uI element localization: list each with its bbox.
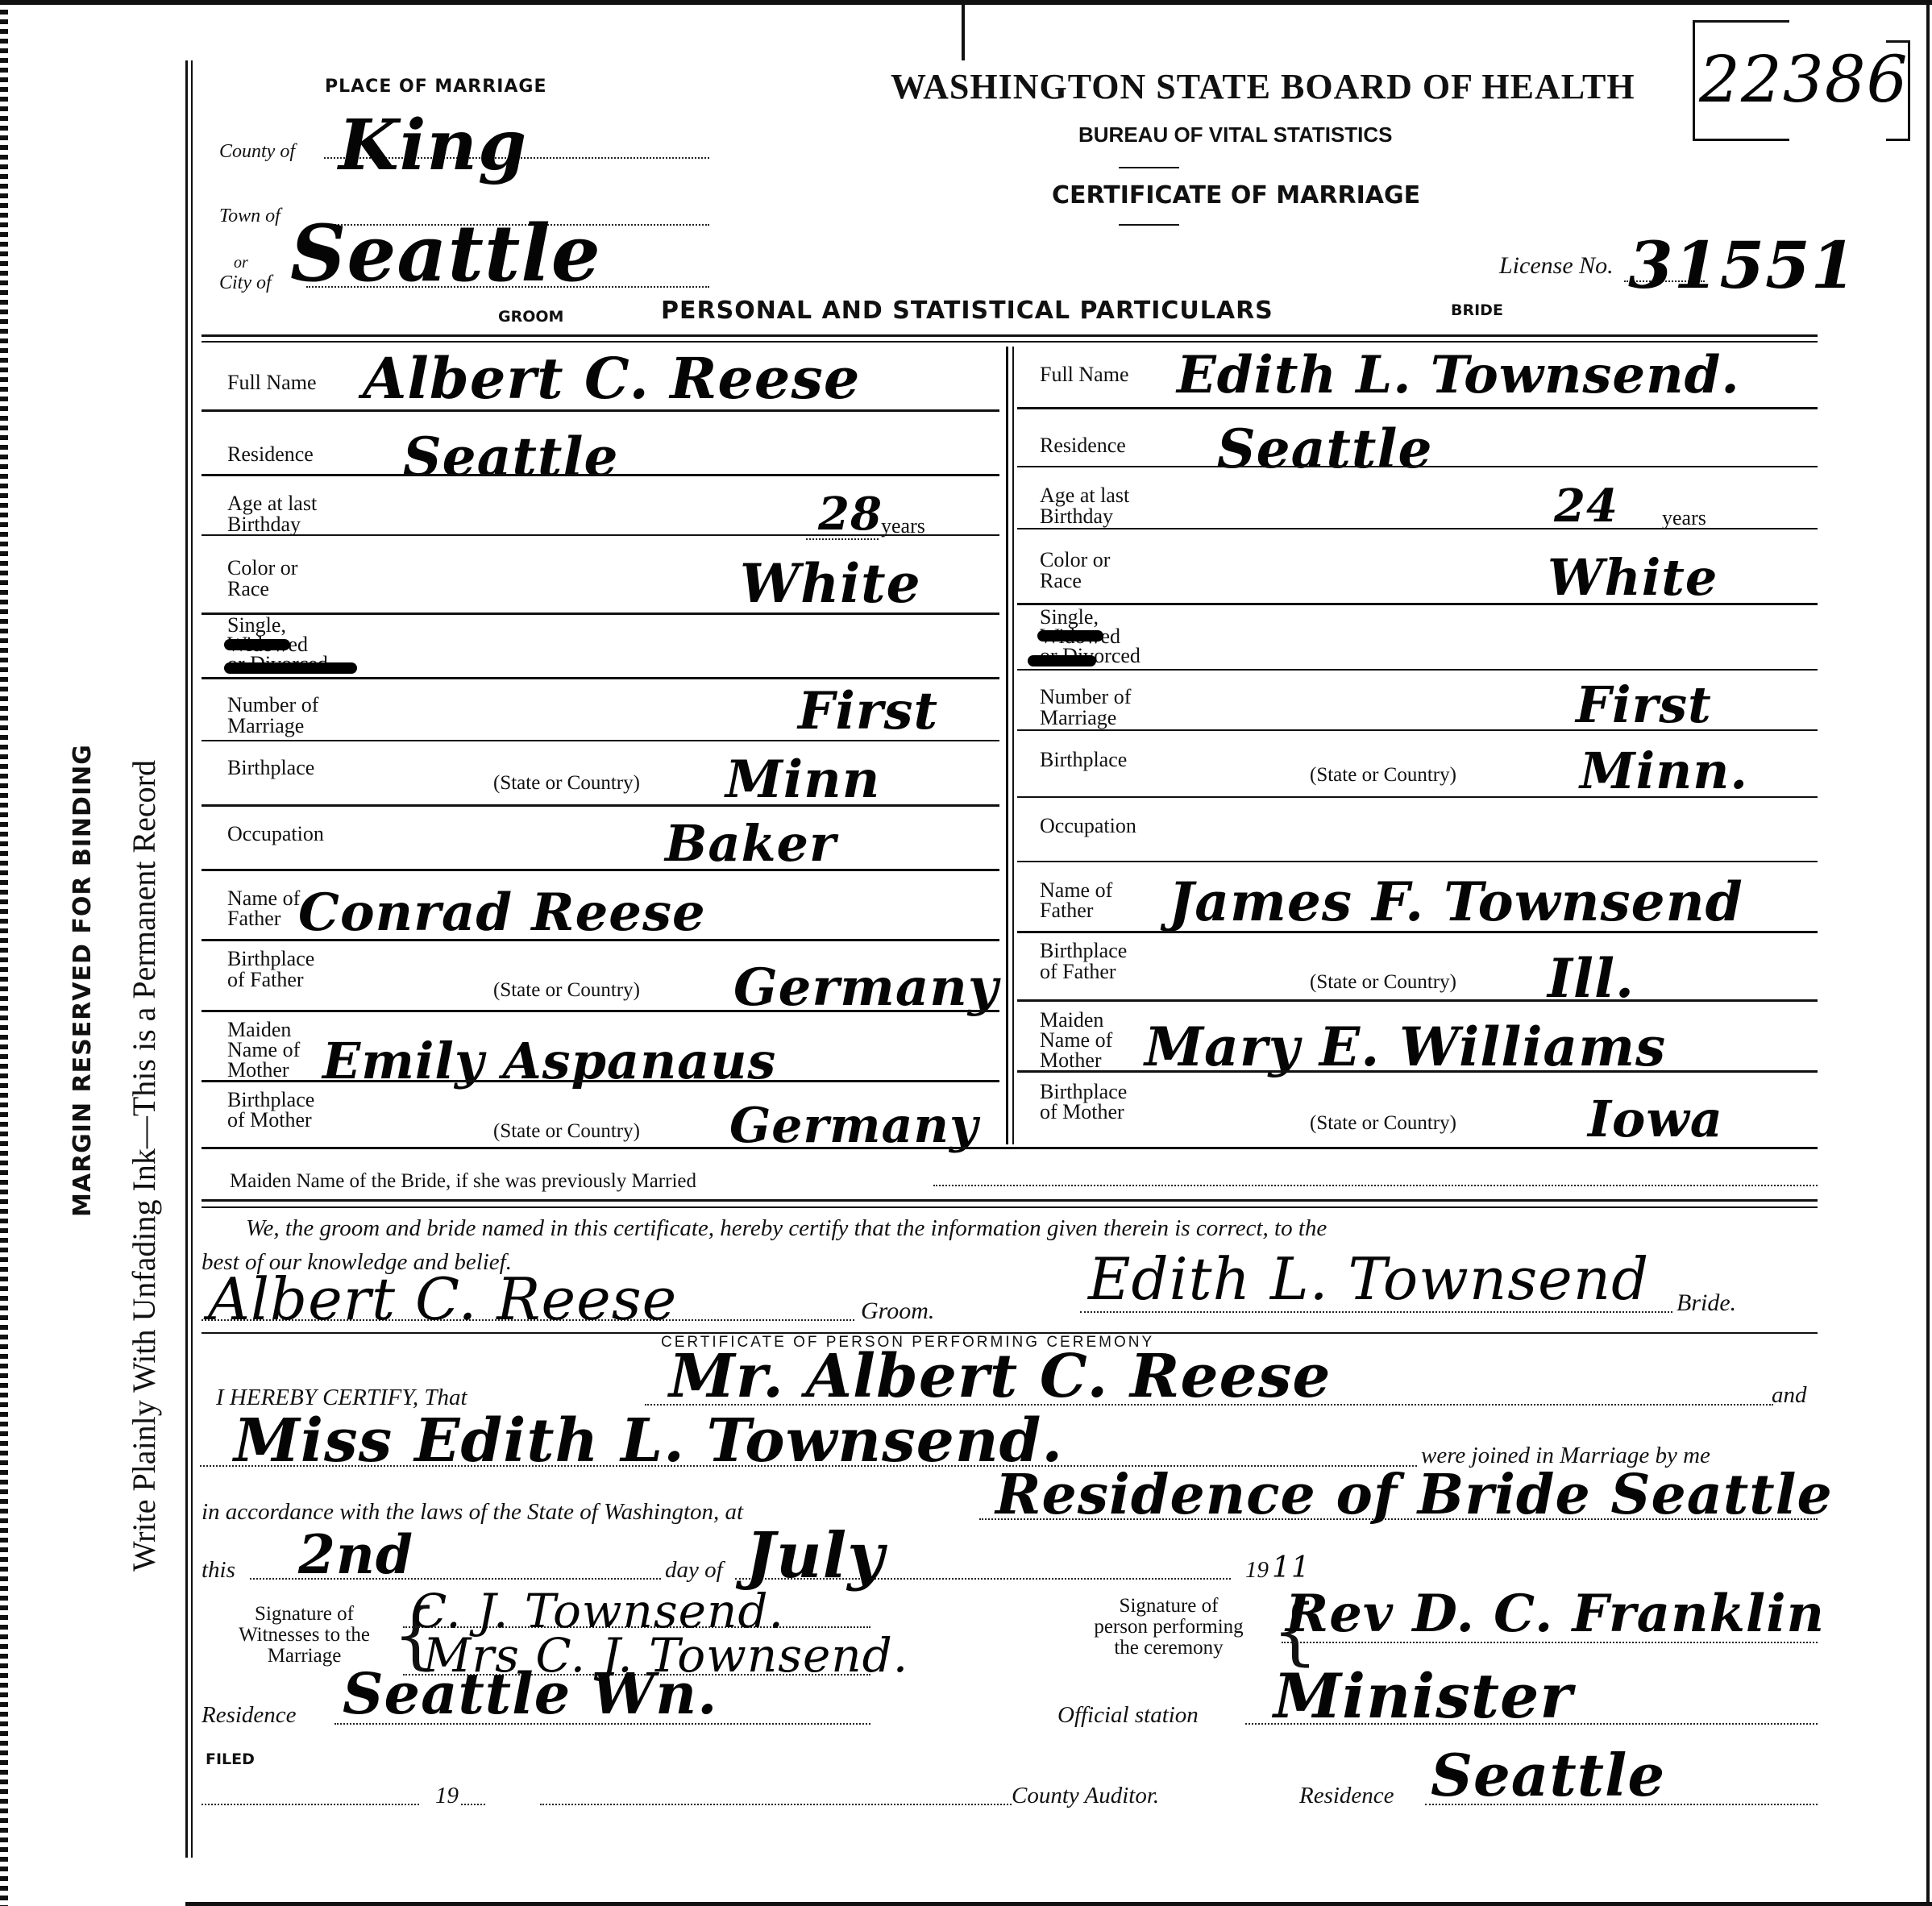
- section-rule: [202, 1199, 1818, 1202]
- bride-row-rule: [1017, 729, 1818, 731]
- permanent-record-note: Write Plainly With Unfading Ink—This is …: [125, 760, 163, 1572]
- groom-mother-birthplace-label-2: of Mother: [227, 1110, 312, 1131]
- bride-row-rule: [1017, 796, 1818, 798]
- groom-mother-label-3: Mother: [227, 1060, 289, 1081]
- file-number: 22386: [1699, 42, 1909, 117]
- header-divider-1: [1119, 167, 1179, 168]
- officiant-label-line-1: Signature of: [1064, 1596, 1273, 1617]
- bride-age-label-1: Age at last: [1040, 485, 1129, 506]
- bride-row-rule: [1017, 669, 1818, 671]
- groom-mother-birthplace-hint: (State or Country): [493, 1120, 640, 1143]
- witness-label-line-2: Witnesses to the: [214, 1625, 395, 1646]
- groom-mother-birthplace[interactable]: Germany: [729, 1098, 978, 1154]
- witness-residence-label: Residence: [202, 1702, 297, 1729]
- filed-label: FILED: [206, 1750, 255, 1768]
- groom-row-rule: [202, 612, 999, 615]
- column-divider-2: [1012, 347, 1014, 1144]
- ceremony-day[interactable]: 2nd: [298, 1523, 413, 1586]
- and-label: and: [1772, 1382, 1807, 1409]
- bride-full-name[interactable]: Edith L. Townsend.: [1177, 345, 1740, 405]
- groom-father-label-2: Father: [227, 908, 280, 929]
- officiant-signature[interactable]: Rev D. C. Franklin: [1286, 1584, 1825, 1644]
- bride-full-name-label: Full Name: [1040, 364, 1129, 385]
- binding-margin-note: MARGIN RESERVED FOR BINDING: [69, 744, 97, 1217]
- groom-signature[interactable]: Albert C. Reese: [208, 1265, 677, 1333]
- maiden-name-line: [933, 1185, 1818, 1186]
- bride-father-name[interactable]: James F. Townsend: [1169, 870, 1743, 933]
- groom-age-label-1: Age at last: [227, 493, 317, 514]
- groom-full-name[interactable]: Albert C. Reese: [363, 345, 860, 412]
- officiant-label-line-2: person performing: [1064, 1617, 1273, 1638]
- groom-birthplace[interactable]: Minn: [725, 750, 880, 810]
- bride-residence-label: Residence: [1040, 435, 1126, 456]
- or-label: or: [234, 254, 248, 272]
- bride-signature-label: Bride.: [1676, 1289, 1736, 1317]
- groom-occupation[interactable]: Baker: [665, 814, 837, 873]
- place-of-marriage-heading: PLACE OF MARRIAGE: [325, 77, 547, 97]
- filed-date-line: [202, 1804, 419, 1805]
- groom-divorced-strikeout: [224, 662, 357, 674]
- witness-label-line-1: Signature of: [214, 1604, 395, 1625]
- bride-age[interactable]: 24: [1554, 480, 1618, 533]
- witness-label: Signature of Witnesses to the Marriage: [214, 1604, 395, 1667]
- bride-heading: BRIDE: [1451, 301, 1503, 319]
- board-title: WASHINGTON STATE BOARD OF HEALTH: [891, 66, 1635, 107]
- groom-row-rule: [202, 677, 999, 679]
- city-label: City of: [219, 272, 272, 294]
- day-of-label: day of: [665, 1557, 723, 1584]
- bride-row-rule: [1017, 466, 1818, 467]
- groom-marriage-number[interactable]: First: [798, 681, 938, 741]
- official-station-label: Official station: [1057, 1702, 1199, 1729]
- groom-occupation-label: Occupation: [227, 824, 324, 845]
- bride-residence[interactable]: Seattle: [1217, 417, 1432, 480]
- page-bottom-border: [185, 1902, 1932, 1906]
- particulars-heading: PERSONAL AND STATISTICAL PARTICULARS: [661, 297, 1273, 325]
- bride-mother-birthplace[interactable]: Iowa: [1588, 1090, 1723, 1148]
- license-number[interactable]: 31551: [1628, 227, 1856, 303]
- bride-birthplace-label: Birthplace: [1040, 750, 1127, 770]
- groom-row-rule: [202, 474, 999, 476]
- county-label: County of: [219, 141, 295, 163]
- official-station[interactable]: Minister: [1273, 1660, 1573, 1732]
- bride-father-birthplace-label-2: of Father: [1040, 961, 1116, 982]
- bride-widowed-strikeout: [1037, 630, 1103, 642]
- section-rule-2: [202, 1206, 1818, 1208]
- scan-mark: [962, 0, 965, 60]
- ceremony-bride-name[interactable]: Miss Edith L. Townsend.: [234, 1406, 1063, 1476]
- groom-residence-label: Residence: [227, 444, 314, 465]
- bride-father-birthplace-label-1: Birthplace: [1040, 941, 1127, 961]
- ceremony-month[interactable]: July: [746, 1519, 885, 1592]
- groom-father-birthplace[interactable]: Germany: [733, 957, 999, 1018]
- bride-marriage-number[interactable]: First: [1576, 675, 1712, 734]
- groom-row-rule: [202, 1010, 999, 1012]
- groom-age-label-2: Birthday: [227, 514, 301, 535]
- scan-top-border: [0, 0, 1932, 5]
- bride-marriage-number-label-1: Number of: [1040, 687, 1131, 708]
- groom-marriage-number-label-1: Number of: [227, 695, 318, 716]
- declaration-text-1: We, the groom and bride named in this ce…: [246, 1215, 1327, 1242]
- bride-father-label-2: Father: [1040, 900, 1093, 921]
- bride-row-rule: [1017, 861, 1818, 862]
- form-left-rule-inner: [191, 60, 193, 1858]
- bride-years-label: years: [1662, 508, 1706, 529]
- bride-row-rule: [1017, 407, 1818, 409]
- groom-father-name[interactable]: Conrad Reese: [298, 882, 706, 943]
- groom-race-label-1: Color or: [227, 558, 297, 579]
- bride-race[interactable]: White: [1548, 548, 1718, 607]
- groom-full-name-label: Full Name: [227, 372, 317, 393]
- groom-age[interactable]: 28: [818, 488, 883, 541]
- license-label: License No.: [1499, 252, 1614, 280]
- groom-row-rule: [202, 939, 999, 941]
- groom-race-label-2: Race: [227, 579, 269, 600]
- bride-birthplace[interactable]: Minn.: [1580, 741, 1748, 800]
- bride-divorced-strikeout: [1028, 655, 1096, 666]
- town-label: Town of: [219, 206, 280, 227]
- filed-year-prefix: 19: [435, 1783, 459, 1809]
- witness-residence[interactable]: Seattle Wn.: [343, 1660, 718, 1727]
- groom-row-rule: [202, 409, 999, 412]
- officiant-label: Signature of person performing the cerem…: [1064, 1596, 1273, 1659]
- groom-father-birthplace-label-2: of Father: [227, 970, 304, 990]
- officiant-residence-label: Residence: [1299, 1783, 1394, 1809]
- groom-row-rule: [202, 740, 999, 741]
- laws-label: in accordance with the laws of the State…: [202, 1499, 743, 1526]
- bride-signature[interactable]: Edith L. Townsend: [1088, 1245, 1649, 1313]
- groom-row-rule: [202, 534, 999, 536]
- bride-row-rule: [1017, 1070, 1818, 1073]
- scan-left-edge: [0, 0, 8, 1906]
- bride-marriage-number-label-2: Marriage: [1040, 708, 1116, 729]
- groom-father-birthplace-label-1: Birthplace: [227, 949, 314, 970]
- table-top-rule: [202, 334, 1818, 337]
- bride-mother-label-3: Mother: [1040, 1050, 1102, 1071]
- table-bottom-rule: [202, 1147, 1818, 1149]
- groom-heading: GROOM: [498, 308, 563, 326]
- table-top-rule-2: [202, 341, 1818, 343]
- ceremony-location[interactable]: Residence of Bride Seattle: [995, 1463, 1833, 1527]
- groom-row-rule: [202, 1080, 999, 1082]
- ceremony-groom-name[interactable]: Mr. Albert C. Reese: [669, 1342, 1331, 1411]
- this-label: this: [202, 1557, 235, 1584]
- ceremony-year[interactable]: 11: [1272, 1551, 1311, 1584]
- bride-row-rule: [1017, 931, 1818, 933]
- groom-marriage-number-label-2: Marriage: [227, 716, 304, 737]
- bride-birthplace-hint: (State or Country): [1310, 764, 1456, 787]
- form-left-rule: [185, 60, 188, 1858]
- bride-row-rule: [1017, 603, 1818, 605]
- bride-occupation-label: Occupation: [1040, 816, 1136, 837]
- page-right-border: [1926, 0, 1930, 1906]
- county-auditor-label: County Auditor.: [1012, 1783, 1159, 1809]
- groom-birthplace-hint: (State or Country): [493, 772, 640, 795]
- bride-race-label-2: Race: [1040, 571, 1082, 592]
- groom-widowed-strikeout: [224, 639, 290, 650]
- bride-mother-maiden-name[interactable]: Mary E. Williams: [1145, 1015, 1666, 1078]
- bride-mother-birthplace-label-2: of Mother: [1040, 1102, 1124, 1123]
- year-prefix: 19: [1245, 1557, 1269, 1584]
- bride-race-label-1: Color or: [1040, 550, 1110, 571]
- certificate-title: CERTIFICATE OF MARRIAGE: [1052, 181, 1420, 210]
- bride-row-rule: [1017, 999, 1818, 1002]
- header-divider-2: [1119, 224, 1179, 226]
- bride-father-birthplace-hint: (State or Country): [1310, 971, 1456, 994]
- groom-residence[interactable]: Seattle: [403, 426, 618, 488]
- officiant-residence[interactable]: Seattle: [1431, 1741, 1665, 1809]
- bride-age-label-2: Birthday: [1040, 506, 1113, 527]
- officiant-label-line-3: the ceremony: [1064, 1638, 1273, 1659]
- filed-year-line: [461, 1804, 485, 1805]
- county-value[interactable]: King: [339, 105, 527, 186]
- bride-mother-birthplace-hint: (State or Country): [1310, 1112, 1456, 1135]
- maiden-name-label: Maiden Name of the Bride, if she was pre…: [230, 1171, 696, 1192]
- column-divider: [1006, 347, 1008, 1144]
- bride-row-rule: [1017, 528, 1818, 529]
- groom-row-rule: [202, 804, 999, 807]
- groom-race[interactable]: White: [740, 552, 921, 615]
- groom-father-birthplace-hint: (State or Country): [493, 979, 640, 1002]
- city-value[interactable]: Seattle: [290, 208, 601, 299]
- groom-row-rule: [202, 869, 999, 871]
- groom-birthplace-label: Birthplace: [227, 758, 314, 779]
- groom-signature-label: Groom.: [861, 1298, 934, 1325]
- bureau-title: BUREAU OF VITAL STATISTICS: [1078, 122, 1393, 147]
- auditor-line: [540, 1804, 1012, 1805]
